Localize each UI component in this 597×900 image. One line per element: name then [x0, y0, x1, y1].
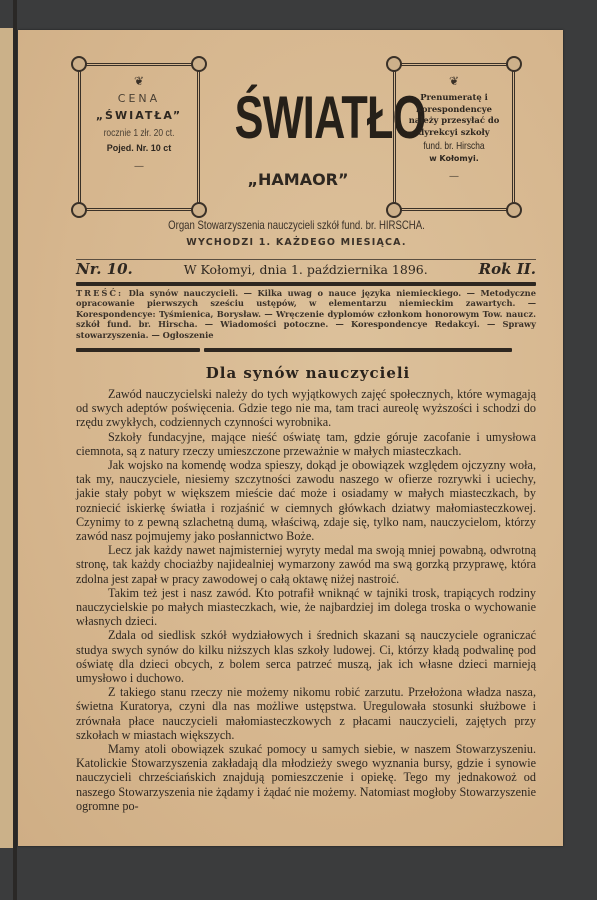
article-paragraph: Lecz jak każdy nawet najmisterniej wyryt…: [76, 543, 536, 586]
issue-bottom-rule: [76, 282, 536, 286]
newspaper-subtitle: „HAMAOR”: [218, 170, 378, 189]
newspaper-title: ŚWIATŁO: [235, 80, 362, 156]
article-paragraph: Z takiego stanu rzeczy nie możemy nikomu…: [76, 685, 536, 742]
corner-ornament-icon: [191, 56, 207, 72]
corner-ornament-icon: [71, 56, 87, 72]
corner-ornament-icon: [191, 202, 207, 218]
issue-number: Nr. 10.: [76, 260, 133, 278]
book-spine-shadow: [13, 0, 17, 900]
price-box: ❦ CENA „ŚWIATŁA” rocznie 1 złr. 20 ct. P…: [78, 63, 200, 211]
newspaper-page: ❦ CENA „ŚWIATŁA” rocznie 1 złr. 20 ct. P…: [18, 30, 563, 846]
single-issue-price: Pojed. Nr. 10 ct: [81, 143, 197, 153]
corner-ornament-icon: [71, 202, 87, 218]
corner-ornament-icon: [386, 56, 402, 72]
issue-info-row: Nr. 10. W Kołomyi, dnia 1. października …: [76, 260, 536, 282]
flower-ornament-icon: ❦: [81, 74, 197, 88]
box-divider: —: [81, 161, 197, 172]
article-paragraph: Jak wojsko na komendę wodza spieszy, dok…: [76, 458, 536, 543]
article-paragraph: Zdala od siedlisk szkół wydziałowych i ś…: [76, 628, 536, 685]
table-of-contents: TREŚĆ: Dla synów nauczycieli. — Kilka uw…: [76, 288, 536, 340]
issue-year: Rok II.: [479, 260, 536, 278]
article-body: Zawód nauczycielski należy do tych wyjąt…: [76, 387, 536, 813]
price-paper-name: „ŚWIATŁA”: [81, 109, 197, 122]
price-label: CENA: [81, 92, 197, 105]
subscription-box: ❦ Prenumeratę i korespondencye należy pr…: [393, 63, 515, 211]
flower-ornament-icon: ❦: [396, 74, 512, 88]
article-paragraph: Mamy atoli obowiązek szukać pomocy u sam…: [76, 742, 536, 813]
article-paragraph: Zawód nauczycielski należy do tych wyjąt…: [76, 387, 536, 430]
article-title: Dla synów nauczycieli: [78, 364, 538, 382]
publication-frequency: WYCHODZI 1. KAŻDEGO MIESIĄCA.: [78, 237, 515, 248]
contents-rule-left: [76, 348, 200, 352]
contents-text: Dla synów nauczycieli. — Kilka uwag o na…: [76, 288, 536, 340]
issue-place-date: W Kołomyi, dnia 1. października 1896.: [184, 262, 428, 277]
organ-line: Organ Stowarzyszenia nauczycieli szkół f…: [122, 218, 472, 232]
school-name: fund. br. Hirscha: [408, 140, 501, 152]
article-paragraph: Takim też jest i nasz zawód. Kto potrafi…: [76, 586, 536, 629]
annual-price: rocznie 1 złr. 20 ct.: [90, 128, 189, 139]
box-divider: —: [396, 171, 512, 182]
contents-rule-right: [204, 348, 512, 352]
subscription-text: Prenumeratę i korespondencye należy prze…: [396, 92, 512, 138]
article-paragraph: Szkoły fundacyjne, mające nieść oświatę …: [76, 430, 536, 458]
contents-label: TREŚĆ:: [76, 288, 123, 298]
corner-ornament-icon: [506, 56, 522, 72]
school-location: w Kołomyi.: [396, 154, 512, 163]
corner-ornament-icon: [506, 202, 522, 218]
corner-ornament-icon: [386, 202, 402, 218]
